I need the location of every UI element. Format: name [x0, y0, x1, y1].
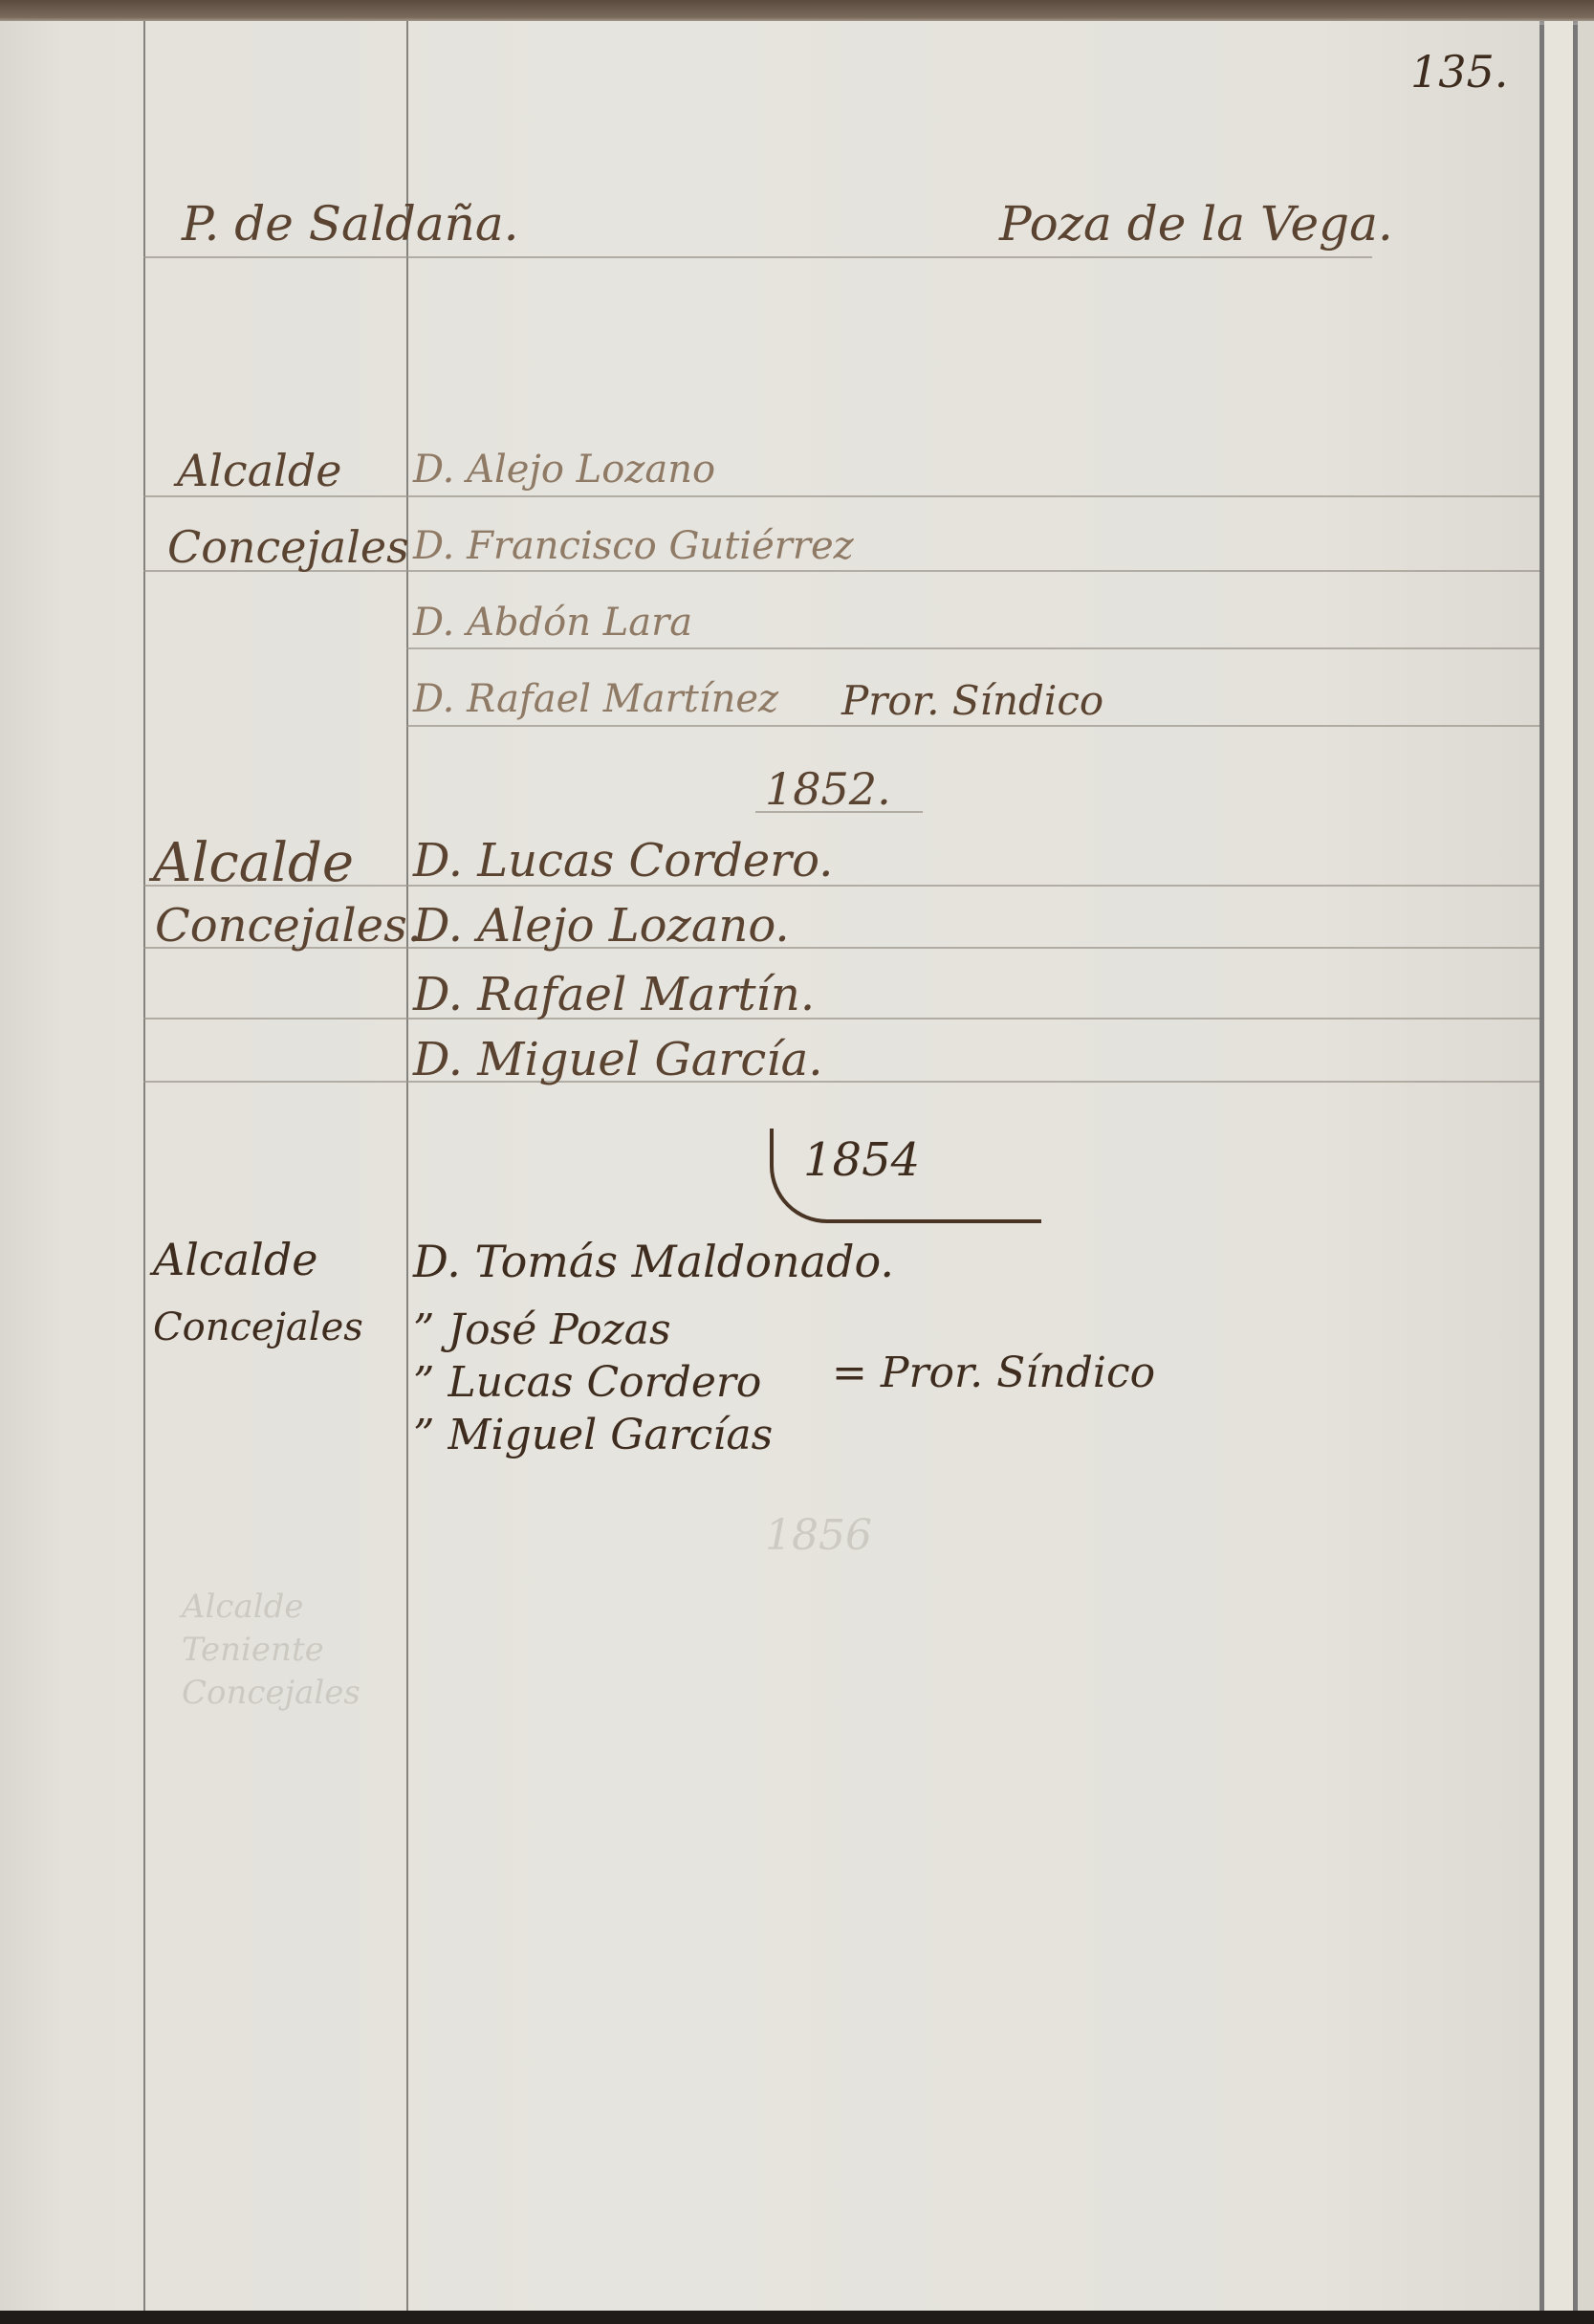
role-label: Concejales — [167, 521, 409, 573]
page-stack — [1544, 21, 1573, 2311]
rule-line — [143, 495, 1539, 497]
member-name: D. Alejo Lozano — [413, 448, 715, 492]
role-label: Alcalde — [153, 1234, 318, 1285]
member-name: ” Miguel Garcías — [413, 1411, 773, 1459]
header-left-district: P. de Saldaña. — [182, 196, 519, 252]
member-name: D. Alejo Lozano. — [413, 899, 790, 953]
bleed-through-role: Alcalde — [182, 1588, 304, 1626]
page-stack-2 — [1578, 21, 1594, 2311]
member-name: D. Francisco Gutiérrez — [413, 524, 854, 568]
margin-rule-left — [143, 21, 145, 2311]
member-name: D. Rafael Martínez — [413, 677, 778, 721]
rule-line — [143, 1081, 1539, 1083]
member-name: ” José Pozas — [413, 1305, 671, 1354]
header-underline — [143, 256, 1372, 258]
book-bottom-edge — [0, 2311, 1594, 2324]
folio-number: 135. — [1410, 46, 1508, 98]
role-label: Concejales — [153, 1305, 363, 1349]
member-name: ” Lucas Cordero — [413, 1358, 761, 1407]
header-right-town: Poza de la Vega. — [999, 196, 1393, 252]
role-label: Alcalde — [153, 832, 354, 894]
bleed-through-role: Concejales — [182, 1674, 360, 1712]
member-name: D. Rafael Martín. — [413, 968, 815, 1021]
role-label: Concejales. — [155, 899, 422, 953]
rule-line — [406, 647, 1539, 649]
role-label: Alcalde — [177, 445, 342, 496]
rule-line — [143, 1018, 1539, 1019]
member-name: D. Abdón Lara — [413, 601, 692, 645]
member-name: D. Lucas Cordero. — [413, 834, 833, 888]
year-heading: 1852. — [765, 763, 891, 815]
member-name: D. Tomás Maldonado. — [413, 1236, 894, 1287]
bleed-through-role: Teniente — [182, 1631, 324, 1669]
bleed-through-year: 1856 — [765, 1511, 872, 1560]
member-note: = Pror. Síndico — [832, 1348, 1155, 1397]
year-heading: 1854 — [803, 1133, 920, 1187]
member-name: D. Miguel García. — [413, 1033, 822, 1086]
rule-line — [406, 725, 1539, 727]
member-note: Pror. Síndico — [841, 677, 1103, 724]
margin-rule-names — [406, 21, 408, 2311]
